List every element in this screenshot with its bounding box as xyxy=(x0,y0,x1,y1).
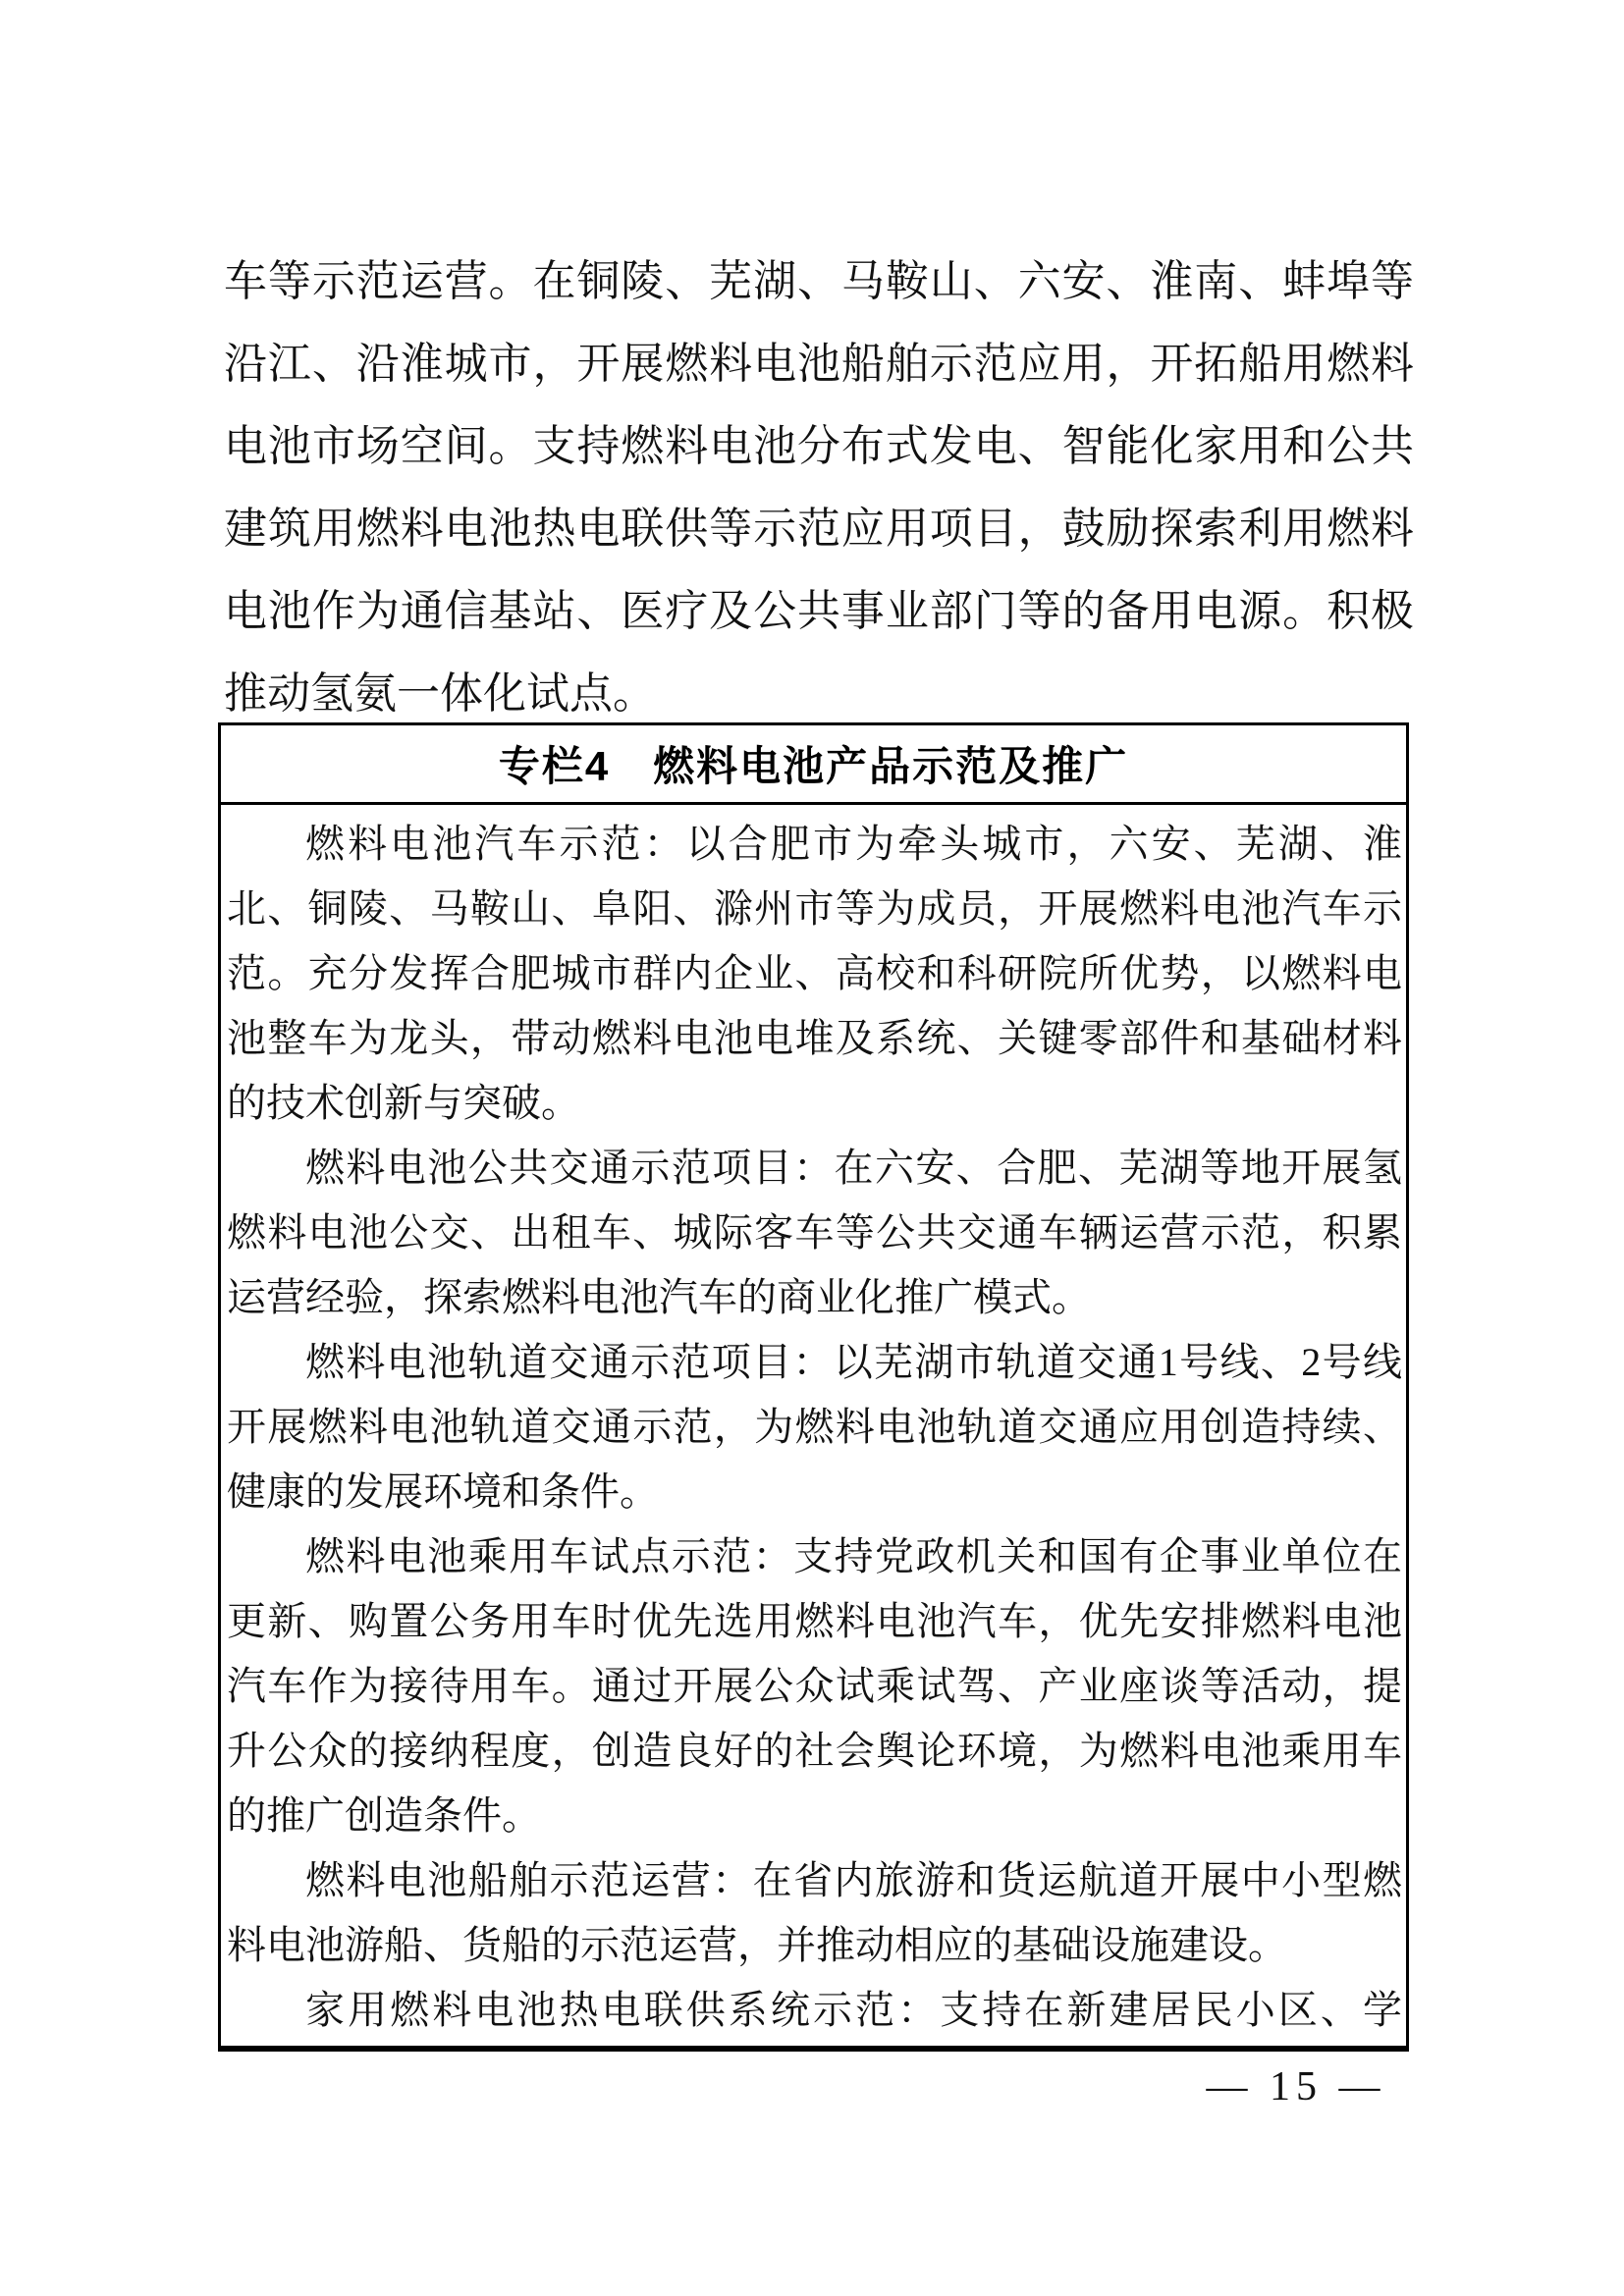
box-paragraph-ships: 燃料电池船舶示范运营：在省内旅游和货运航道开展中小型燃料电池游船、货船的示范运营… xyxy=(227,1848,1402,1978)
column4-box-title-row: 专栏4 燃料电池产品示范及推广 xyxy=(221,725,1406,805)
document-page: 车等示范运营。在铜陵、芜湖、马鞍山、六安、淮南、蚌埠等沿江、沿淮城市，开展燃料电… xyxy=(0,0,1624,2296)
box-paragraph-fuel-cell-vehicles: 燃料电池汽车示范：以合肥市为牵头城市，六安、芜湖、淮北、铜陵、马鞍山、阜阳、滁州… xyxy=(227,812,1402,1136)
box-paragraph-rail-transit: 燃料电池轨道交通示范项目：以芜湖市轨道交通1号线、2号线开展燃料电池轨道交通示范… xyxy=(227,1330,1402,1524)
column4-box-title: 专栏4 燃料电池产品示范及推广 xyxy=(499,734,1128,793)
box-paragraph-passenger-cars: 燃料电池乘用车试点示范：支持党政机关和国有企事业单位在更新、购置公务用车时优先选… xyxy=(227,1524,1402,1848)
body-paragraph: 车等示范运营。在铜陵、芜湖、马鞍山、六安、淮南、蚌埠等沿江、沿淮城市，开展燃料电… xyxy=(224,240,1414,735)
column4-box: 专栏4 燃料电池产品示范及推广 燃料电池汽车示范：以合肥市为牵头城市，六安、芜湖… xyxy=(218,722,1409,2052)
column4-box-content: 燃料电池汽车示范：以合肥市为牵头城市，六安、芜湖、淮北、铜陵、马鞍山、阜阳、滁州… xyxy=(221,805,1406,2046)
page-number: — 15 — xyxy=(1129,2063,1463,2110)
box-paragraph-household-chp: 家用燃料电池热电联供系统示范：支持在新建居民小区、学校、 xyxy=(227,1978,1402,2046)
box-paragraph-public-transport: 燃料电池公共交通示范项目：在六安、合肥、芜湖等地开展氢燃料电池公交、出租车、城际… xyxy=(227,1136,1402,1330)
